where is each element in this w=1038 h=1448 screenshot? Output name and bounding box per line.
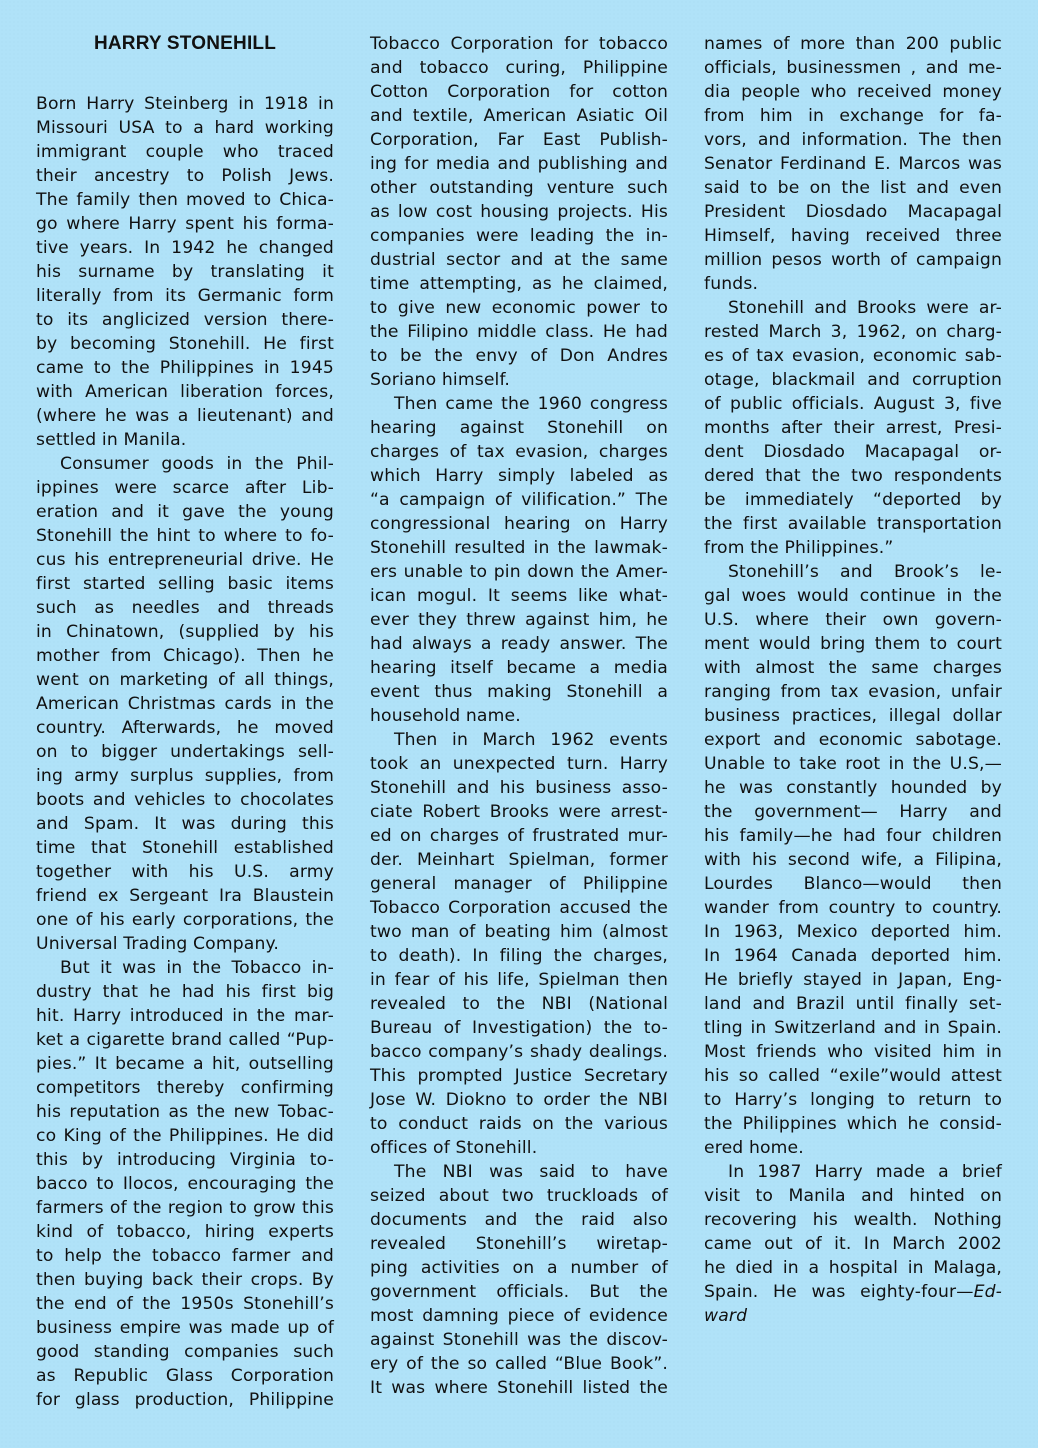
text-line: to conduct raids on the various <box>370 1112 668 1136</box>
text-line: to death). In filing the charges, <box>370 944 668 968</box>
text-line: business practices, illegal dollar <box>704 704 1002 728</box>
text-line: In 1963, Mexico deported him. <box>704 920 1002 944</box>
article-title: HARRY STONEHILL <box>36 33 334 55</box>
text-line: had always a ready answer. The <box>370 632 668 656</box>
text-line: his family—he had four children <box>704 824 1002 848</box>
text-line: in Chinatown, (supplied by his <box>36 620 334 644</box>
text-line: Himself, having received three <box>704 224 1002 248</box>
text-line: tling in Switzerland and in Spain. <box>704 1016 1002 1040</box>
text-line: dent Diosdado Macapagal or- <box>704 440 1002 464</box>
text-line: es of tax evasion, economic sab- <box>704 344 1002 368</box>
text-line: as low cost housing projects. His <box>370 200 668 224</box>
text-line: of public officials. August 3, five <box>704 392 1002 416</box>
text-line: other outstanding venture such <box>370 176 668 200</box>
text-line: seized about two truckloads of <box>370 1184 668 1208</box>
column-3: names of more than 200 publicofficials, … <box>704 32 1002 1328</box>
text-line: the Philippines which he consid- <box>704 1112 1002 1136</box>
text-line: bacco company’s shady dealings. <box>370 1040 668 1064</box>
text-line: Tobacco Corporation accused the <box>370 896 668 920</box>
text-line: two man of beating him (almost <box>370 920 668 944</box>
column-1: Born Harry Steinberg in 1918 inMissouri … <box>36 92 334 1412</box>
text-line: his so called “exile”would attest <box>704 1064 1002 1088</box>
text-line: friend ex Sergeant Ira Blaustein <box>36 884 334 908</box>
text-line: otage, blackmail and corruption <box>704 368 1002 392</box>
text-line: co King of the Philippines. He did <box>36 1124 334 1148</box>
text-line: for glass production, Philippine <box>36 1388 334 1412</box>
text-line: ket a cigarette brand called “Pup- <box>36 1028 334 1052</box>
text-line: one of his early corporations, the <box>36 908 334 932</box>
text-line: to give new economic power to <box>370 296 668 320</box>
text-line: Corporation, Far East Publish- <box>370 128 668 152</box>
text-line: Lourdes Blanco—would then <box>704 872 1002 896</box>
text-line: ered home. <box>704 1136 1002 1160</box>
text-line: their ancestry to Polish Jews. <box>36 164 334 188</box>
text-line: Stonehill’s and Brook’s le- <box>704 560 1002 584</box>
text-line: documents and the raid also <box>370 1208 668 1232</box>
text-line: ward <box>704 1304 1002 1328</box>
text-line: ippines were scarce after Lib- <box>36 476 334 500</box>
text-line: farmers of the region to grow this <box>36 1196 334 1220</box>
text-line: the Filipino middle class. He had <box>370 320 668 344</box>
text-line: Stonehill resulted in the lawmak- <box>370 536 668 560</box>
text-line: The family then moved to Chica- <box>36 188 334 212</box>
text-line: revealed Stonehill’s wiretap- <box>370 1232 668 1256</box>
text-line: rested March 3, 1962, on charg- <box>704 320 1002 344</box>
text-line: ment would bring them to court <box>704 632 1002 656</box>
text-line: eration and it gave the young <box>36 500 334 524</box>
text-line: event thus making Stonehill a <box>370 680 668 704</box>
text-line: Born Harry Steinberg in 1918 in <box>36 92 334 116</box>
text-line: ery of the so called “Blue Book”. <box>370 1352 668 1376</box>
text-line: from the Philippines.” <box>704 536 1002 560</box>
text-line: literally from its Germanic form <box>36 284 334 308</box>
text-line: names of more than 200 public <box>704 32 1002 56</box>
text-line: with his second wife, a Filipina, <box>704 848 1002 872</box>
text-line: settled in Manila. <box>36 428 334 452</box>
text-line: be immediately “deported by <box>704 488 1002 512</box>
text-line: (where he was a lieutenant) and <box>36 404 334 428</box>
text-line: to Harry’s longing to return to <box>704 1088 1002 1112</box>
text-line: on to bigger undertakings sell- <box>36 740 334 764</box>
text-line: ing army surplus supplies, from <box>36 764 334 788</box>
text-line: hearing against Stonehill on <box>370 416 668 440</box>
text-line: boots and vehicles to chocolates <box>36 788 334 812</box>
text-line: pies.” It became a hit, outselling <box>36 1052 334 1076</box>
text-line: “a campaign of vilification.” The <box>370 488 668 512</box>
text-line: country. Afterwards, he moved <box>36 716 334 740</box>
text-line: to help the tobacco farmer and <box>36 1244 334 1268</box>
text-line: He briefly stayed in Japan, Eng- <box>704 968 1002 992</box>
text-line: ever they threw against him, he <box>370 608 668 632</box>
text-line: and textile, American Asiatic Oil <box>370 104 668 128</box>
text-line: dia people who received money <box>704 80 1002 104</box>
text-line: his surname by translating it <box>36 260 334 284</box>
text-line: came out of it. In March 2002 <box>704 1232 1002 1256</box>
text-line: Tobacco Corporation for tobacco <box>370 32 668 56</box>
text-line: hit. Harry introduced in the mar- <box>36 1004 334 1028</box>
text-line: such as needles and threads <box>36 596 334 620</box>
text-line: Unable to take root in the U.S,— <box>704 752 1002 776</box>
text-line: and Spam. It was during this <box>36 812 334 836</box>
text-line: The NBI was said to have <box>370 1160 668 1184</box>
text-line: the first available transportation <box>704 512 1002 536</box>
text-line: bacco to Ilocos, encouraging the <box>36 1172 334 1196</box>
text-line: government officials. But the <box>370 1280 668 1304</box>
text-line: dustrial sector and at the same <box>370 248 668 272</box>
text-line: by becoming Stonehill. He first <box>36 332 334 356</box>
text-line: wander from country to country. <box>704 896 1002 920</box>
text-line: In 1987 Harry made a brief <box>704 1160 1002 1184</box>
text-line: congressional hearing on Harry <box>370 512 668 536</box>
text-line: Universal Trading Company. <box>36 932 334 956</box>
text-line: the end of the 1950s Stonehill’s <box>36 1292 334 1316</box>
text-line: his reputation as the new Tobac- <box>36 1100 334 1124</box>
text-line: dustry that he had his first big <box>36 980 334 1004</box>
text-line: as Republic Glass Corporation <box>36 1364 334 1388</box>
text-line: But it was in the Tobacco in- <box>36 956 334 980</box>
text-line: charges of tax evasion, charges <box>370 440 668 464</box>
text-line: ranging from tax evasion, unfair <box>704 680 1002 704</box>
text-line: visit to Manila and hinted on <box>704 1184 1002 1208</box>
text-line: general manager of Philippine <box>370 872 668 896</box>
text-line: then buying back their crops. By <box>36 1268 334 1292</box>
text-line: together with his U.S. army <box>36 860 334 884</box>
text-line: first started selling basic items <box>36 572 334 596</box>
text-line: Senator Ferdinand E. Marcos was <box>704 152 1002 176</box>
text-line: Spain. He was eighty-four—Ed- <box>704 1280 1002 1304</box>
text-line: and tobacco curing, Philippine <box>370 56 668 80</box>
text-line: revealed to the NBI (National <box>370 992 668 1016</box>
text-line: said to be on the list and even <box>704 176 1002 200</box>
author-byline: ward <box>704 1306 747 1326</box>
text-line: this by introducing Virginia to- <box>36 1148 334 1172</box>
text-line: Stonehill and Brooks were ar- <box>704 296 1002 320</box>
text-line: to be the envy of Don Andres <box>370 344 668 368</box>
text-line: came to the Philippines in 1945 <box>36 356 334 380</box>
text-line: officials, businessmen , and me- <box>704 56 1002 80</box>
text-line: time that Stonehill established <box>36 836 334 860</box>
text-line: from him in exchange for fa- <box>704 104 1002 128</box>
text-line: most damning piece of evidence <box>370 1304 668 1328</box>
text-line: with almost the same charges <box>704 656 1002 680</box>
text-line: Consumer goods in the Phil- <box>36 452 334 476</box>
author-byline: Ed- <box>974 1282 1002 1302</box>
text-line: der. Meinhart Spielman, former <box>370 848 668 872</box>
text-line: time attempting, as he claimed, <box>370 272 668 296</box>
text-line: ing for media and publishing and <box>370 152 668 176</box>
text-line: Cotton Corporation for cotton <box>370 80 668 104</box>
text-line: months after their arrest, Presi- <box>704 416 1002 440</box>
text-line: to its anglicized version there- <box>36 308 334 332</box>
text-line: offices of Stonehill. <box>370 1136 668 1160</box>
text-line: Most friends who visited him in <box>704 1040 1002 1064</box>
text-line: recovering his wealth. Nothing <box>704 1208 1002 1232</box>
text-line: dered that the two respondents <box>704 464 1002 488</box>
text-line: ping activities on a number of <box>370 1256 668 1280</box>
text-line: kind of tobacco, hiring experts <box>36 1220 334 1244</box>
text-line: ciate Robert Brooks were arrest- <box>370 800 668 824</box>
text-line: Soriano himself. <box>370 368 668 392</box>
text-line: land and Brazil until finally set- <box>704 992 1002 1016</box>
text-line: hearing itself became a media <box>370 656 668 680</box>
text-line: Bureau of Investigation) the to- <box>370 1016 668 1040</box>
text-line: export and economic sabotage. <box>704 728 1002 752</box>
text-line: Stonehill and his business asso- <box>370 776 668 800</box>
text-line: good standing companies such <box>36 1340 334 1364</box>
text-line: which Harry simply labeled as <box>370 464 668 488</box>
text-line: he was constantly hounded by <box>704 776 1002 800</box>
text-line: U.S. where their own govern- <box>704 608 1002 632</box>
text-line: took an unexpected turn. Harry <box>370 752 668 776</box>
text-line: This prompted Justice Secretary <box>370 1064 668 1088</box>
text-line: It was where Stonehill listed the <box>370 1376 668 1400</box>
text-line: in fear of his life, Spielman then <box>370 968 668 992</box>
text-line: competitors thereby confirming <box>36 1076 334 1100</box>
text-line: ed on charges of frustrated mur- <box>370 824 668 848</box>
text-line: companies were leading the in- <box>370 224 668 248</box>
text-line: In 1964 Canada deported him. <box>704 944 1002 968</box>
text-line: cus his entrepreneurial drive. He <box>36 548 334 572</box>
text-line: immigrant couple who traced <box>36 140 334 164</box>
text-line: American Christmas cards in the <box>36 692 334 716</box>
text-line: against Stonehill was the discov- <box>370 1328 668 1352</box>
text-line: go where Harry spent his forma- <box>36 212 334 236</box>
column-2: Tobacco Corporation for tobaccoand tobac… <box>370 32 668 1400</box>
text-line: vors, and information. The then <box>704 128 1002 152</box>
text-line: with American liberation forces, <box>36 380 334 404</box>
text-line: Then in March 1962 events <box>370 728 668 752</box>
text-line: Missouri USA to a hard working <box>36 116 334 140</box>
text-line: he died in a hospital in Malaga, <box>704 1256 1002 1280</box>
text-line: went on marketing of all things, <box>36 668 334 692</box>
text-line: gal woes would continue in the <box>704 584 1002 608</box>
text-line: ican mogul. It seems like what- <box>370 584 668 608</box>
text-line: President Diosdado Macapagal <box>704 200 1002 224</box>
text-line: ers unable to pin down the Amer- <box>370 560 668 584</box>
text-line: tive years. In 1942 he changed <box>36 236 334 260</box>
text-line: Jose W. Diokno to order the NBI <box>370 1088 668 1112</box>
text-line: household name. <box>370 704 668 728</box>
text-line: funds. <box>704 272 1002 296</box>
text-line: the government— Harry and <box>704 800 1002 824</box>
text-line: Stonehill the hint to where to fo- <box>36 524 334 548</box>
text-line: Then came the 1960 congress <box>370 392 668 416</box>
magazine-page: HARRY STONEHILL Born Harry Steinberg in … <box>0 0 1038 1448</box>
text-line: business empire was made up of <box>36 1316 334 1340</box>
text-line: mother from Chicago). Then he <box>36 644 334 668</box>
text-line: million pesos worth of campaign <box>704 248 1002 272</box>
